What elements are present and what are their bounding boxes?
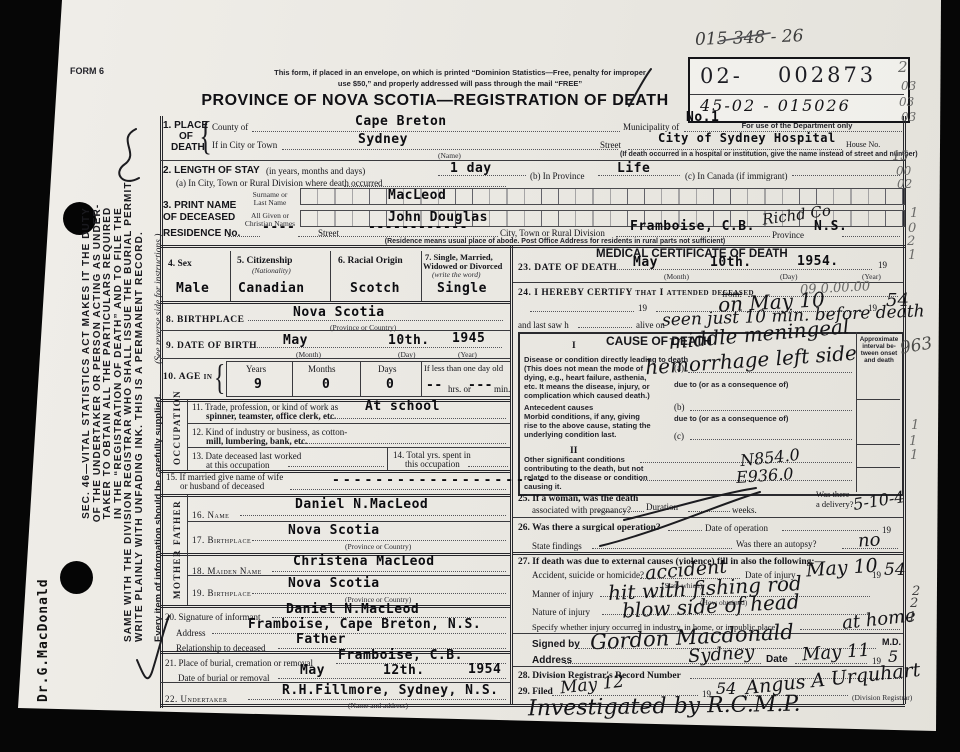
f22-caption: (Name and address) bbox=[348, 701, 408, 710]
f15-value: -------------------- bbox=[332, 473, 549, 488]
mother-group-label: MOTHER bbox=[172, 549, 182, 599]
cause-dueto1: due to (or as a consequence of) bbox=[674, 380, 788, 389]
f24-19a: 19 bbox=[638, 303, 647, 313]
f11-value: At school bbox=[365, 399, 440, 414]
cause-code2: E936.0 bbox=[735, 464, 794, 487]
f10-months-label: Months bbox=[308, 364, 336, 374]
f1-label-of: OF bbox=[179, 131, 193, 142]
cause-c-label: (c) bbox=[674, 431, 684, 441]
pen-loop-annotation bbox=[108, 125, 150, 193]
f1-city-value: Sydney bbox=[358, 132, 408, 147]
f24-last-saw-label: and last saw h bbox=[518, 320, 569, 330]
f3-surname-sublabel: Surname or Last Name bbox=[242, 191, 298, 207]
doctor-name-stamp: Dr.G.MacDonald bbox=[36, 578, 51, 702]
f10-min-label: min. bbox=[494, 384, 510, 394]
sidebar-line-1: SEC. 46—VITAL STATISTICS ACT MAKES IT TH… bbox=[82, 84, 93, 642]
f19-value: Nova Scotia bbox=[288, 576, 380, 591]
f9-month: May bbox=[283, 333, 308, 348]
pen-slash-title bbox=[626, 66, 654, 110]
f27-manner-label: Manner of injury bbox=[532, 589, 593, 599]
f27-accident-label: Accident, suicide or homicide? bbox=[532, 570, 644, 580]
f21-year: 1954 bbox=[468, 662, 501, 677]
md-label: M.D. bbox=[882, 637, 901, 647]
f26-19: 19 bbox=[882, 525, 891, 535]
f5-value: Canadian bbox=[238, 281, 305, 296]
f22-label: 22. Undertaker bbox=[165, 694, 228, 704]
envelope-note-line1: This form, if placed in an envelope, on … bbox=[240, 68, 680, 77]
f22-value: R.H.Fillmore, Sydney, N.S. bbox=[282, 683, 499, 698]
margin-pencil-a2: 03 bbox=[901, 79, 916, 93]
f3-residence-label: RESIDENCE No. bbox=[163, 228, 240, 239]
f18-value: Christena MacLeod bbox=[293, 554, 435, 569]
f20-address-value: Framboise, Cape Breton, N.S. bbox=[248, 617, 481, 632]
margin-pencil-c3: 2 bbox=[907, 234, 915, 249]
f27-injuryyear-hand: 54 bbox=[884, 560, 906, 580]
f16-label: 16. Name bbox=[192, 510, 229, 520]
f26-state-label: State findings bbox=[532, 541, 582, 551]
f20-label: 20. Signature of informant bbox=[165, 612, 260, 622]
margin-pencil-e1: 1 bbox=[911, 418, 919, 433]
scanned-death-certificate: SEC. 46—VITAL STATISTICS ACT MAKES IT TH… bbox=[0, 0, 960, 752]
form-number: FORM 6 bbox=[70, 66, 104, 76]
margin-pencil-e3: 1 bbox=[910, 448, 918, 463]
f9-day: 10th. bbox=[388, 333, 430, 348]
f10-min-dashes: --- bbox=[468, 378, 493, 393]
f4-value: Male bbox=[176, 281, 209, 296]
f12-label2: mill, lumbering, bank, etc. bbox=[206, 436, 307, 446]
f20-address-label: Address bbox=[176, 628, 206, 638]
f23-day: 10th. bbox=[710, 255, 752, 270]
f13-label2: at this occupation bbox=[206, 460, 269, 470]
stamp-caption: For use of the Department only bbox=[692, 121, 902, 130]
f24-alive-label: alive on bbox=[636, 320, 665, 330]
f17-caption: (Province or Country) bbox=[345, 542, 411, 551]
margin-pencil-e2: 1 bbox=[909, 434, 917, 449]
cause-dueto2: due to (or as a consequence of) bbox=[674, 414, 788, 423]
f1-county-label: County of bbox=[212, 122, 248, 132]
f8-label: 8. BIRTHPLACE bbox=[166, 315, 244, 325]
f3-label2: OF DECEASED bbox=[163, 212, 235, 223]
f9-label: 9. DATE OF BIRTH bbox=[166, 341, 257, 351]
f16-value: Daniel N.MacLeod bbox=[295, 497, 428, 512]
f21-value: Framboise, C.B. bbox=[338, 648, 463, 663]
margin-pencil-a4: 03 bbox=[901, 110, 916, 124]
f2-b-value: Life bbox=[617, 161, 650, 176]
cause-roman-i: I bbox=[572, 341, 576, 351]
f23-month-caption: (Month) bbox=[664, 272, 689, 281]
f5-label2: (Nationality) bbox=[252, 266, 291, 275]
cause-interval-label: Approximate interval be- tween onset and… bbox=[858, 336, 900, 364]
f19-label: 19. Birthplace bbox=[192, 588, 251, 598]
stamp-number: 002873 bbox=[778, 63, 876, 87]
f17-value: Nova Scotia bbox=[288, 523, 380, 538]
f3-label1: 3. PRINT NAME bbox=[163, 200, 236, 211]
f1-brace: { bbox=[199, 112, 211, 159]
margin-pencil-b2: 00 bbox=[896, 164, 911, 178]
f10-hrs-dashes: -- bbox=[426, 378, 443, 393]
cause-b-label: (b) bbox=[674, 402, 685, 412]
f3-ctrd-value: Framboise, C.B. bbox=[630, 219, 755, 234]
f3-ctrd-label: City, Town or Rural Division bbox=[500, 228, 605, 238]
f1-name-caption: (Name) bbox=[438, 151, 461, 160]
page-title: PROVINCE OF NOVA SCOTIA—REGISTRATION OF … bbox=[185, 92, 685, 110]
f23-19: 19 bbox=[878, 260, 887, 270]
f23-label: 23. DATE OF DEATH bbox=[518, 263, 617, 273]
f26-hand: no bbox=[857, 529, 881, 552]
f3-surname-value: MacLeod bbox=[388, 188, 446, 203]
f1-house-label: House No. bbox=[846, 140, 880, 149]
pen-checkmark bbox=[132, 612, 174, 692]
pencil-strike-mark bbox=[718, 30, 774, 44]
f1-county-value: Cape Breton bbox=[355, 114, 447, 129]
f1-city-label: If in City or Town bbox=[212, 140, 277, 150]
f10-brace: { bbox=[214, 356, 225, 398]
f7-label3: (write the word) bbox=[432, 270, 480, 279]
f10-years-value: 9 bbox=[254, 377, 262, 392]
f4-label: 4. Sex bbox=[168, 259, 192, 269]
margin-pencil-c4: 1 bbox=[908, 248, 916, 263]
f8-value: Nova Scotia bbox=[293, 305, 385, 320]
f6-value: Scotch bbox=[350, 281, 400, 296]
margin-pencil-b3: 02 bbox=[897, 177, 912, 191]
stamp-handwritten-number: 45-02 - 015026 bbox=[700, 96, 851, 115]
signed-address-label: Address bbox=[532, 655, 572, 666]
f2-label2: (in years, months and days) bbox=[266, 166, 365, 176]
division-registrar-caption: (Division Registrar) bbox=[852, 693, 912, 702]
occupation-group-label: OCCUPATION bbox=[172, 390, 182, 465]
signed-date-label: Date bbox=[766, 654, 788, 665]
margin-pencil-c1: 1 bbox=[910, 206, 918, 221]
f23-month: May bbox=[633, 255, 658, 270]
f27-nature-label: Nature of injury bbox=[532, 607, 590, 617]
f2-a-value: 1 day bbox=[450, 161, 492, 176]
investigated-rcmp-note: Investigated by R.C.M.P. bbox=[528, 692, 801, 722]
f3-street-dashes: ------------ bbox=[368, 220, 468, 235]
f21-day: 12th. bbox=[383, 663, 425, 678]
f10-less-label: If less than one day old bbox=[424, 363, 503, 373]
father-group-label: FATHER bbox=[172, 500, 182, 545]
f23-day-caption: (Day) bbox=[780, 272, 798, 281]
margin-pencil-a1: 2 bbox=[898, 58, 908, 76]
f10-months-value: 0 bbox=[322, 377, 330, 392]
f10-days-value: 0 bbox=[386, 377, 394, 392]
f1-street-value: City of Sydney Hospital bbox=[658, 131, 836, 145]
cause-antecedent-label: Antecedent causes Morbid conditions, if … bbox=[524, 403, 651, 439]
f3-province-label: Province bbox=[772, 230, 804, 240]
pen-slash-26 bbox=[598, 490, 762, 548]
f3-residence-caption: (Residence means usual place of abode. P… bbox=[350, 238, 760, 245]
f25-delivery-label: Was there a delivery? bbox=[816, 490, 854, 509]
f15-label2: or husband of deceased bbox=[180, 481, 264, 491]
signed-by-label: Signed by bbox=[532, 639, 580, 650]
f6-label: 6. Racial Origin bbox=[338, 256, 403, 266]
f20-value: Daniel N.MacLeod bbox=[286, 602, 419, 617]
f5-label: 5. Citizenship bbox=[237, 256, 292, 266]
margin-pencil-a3: 03 bbox=[899, 95, 914, 109]
stamp-prefix: 02- bbox=[700, 64, 743, 88]
f3-province-value: N.S. bbox=[814, 219, 847, 234]
f2-b-label: (b) In Province bbox=[530, 171, 584, 181]
medical-certificate-title: MEDICAL CERTIFICATE OF DEATH bbox=[596, 248, 788, 260]
envelope-note-line2: use $50,” and properly addressed will pa… bbox=[240, 79, 680, 88]
f23-year: 1954. bbox=[797, 254, 839, 269]
margin-pencil-b1: 15 bbox=[892, 149, 909, 164]
f2-c-label: (c) In Canada (if immigrant) bbox=[685, 171, 787, 181]
f3-residence-no-dashes: ---- bbox=[262, 220, 295, 235]
f1-hospital-caption: (If death occurred in a hospital or inst… bbox=[620, 151, 905, 158]
f10-label: 10. AGE in bbox=[163, 372, 212, 382]
f7-value: Single bbox=[437, 281, 487, 296]
f14-label2: this occupation bbox=[405, 459, 460, 469]
f21-label: 21. Place of burial, cremation or remova… bbox=[165, 658, 313, 668]
f21-month: May bbox=[300, 663, 325, 678]
f11-label2: spinner, teamster, office clerk, etc. bbox=[206, 411, 336, 421]
f10-years-label: Years bbox=[246, 364, 266, 374]
f9-year: 1945 bbox=[452, 331, 485, 346]
f10-days-label: Days bbox=[378, 364, 397, 374]
margin-pencil-g2: 2 bbox=[910, 596, 918, 611]
f2-label: 2. LENGTH OF STAY bbox=[163, 165, 260, 176]
margin-pencil-g3: 1 bbox=[908, 610, 916, 625]
f17-label: 17. Birthplace bbox=[192, 535, 251, 545]
f20-relationship-value: Father bbox=[296, 632, 346, 647]
